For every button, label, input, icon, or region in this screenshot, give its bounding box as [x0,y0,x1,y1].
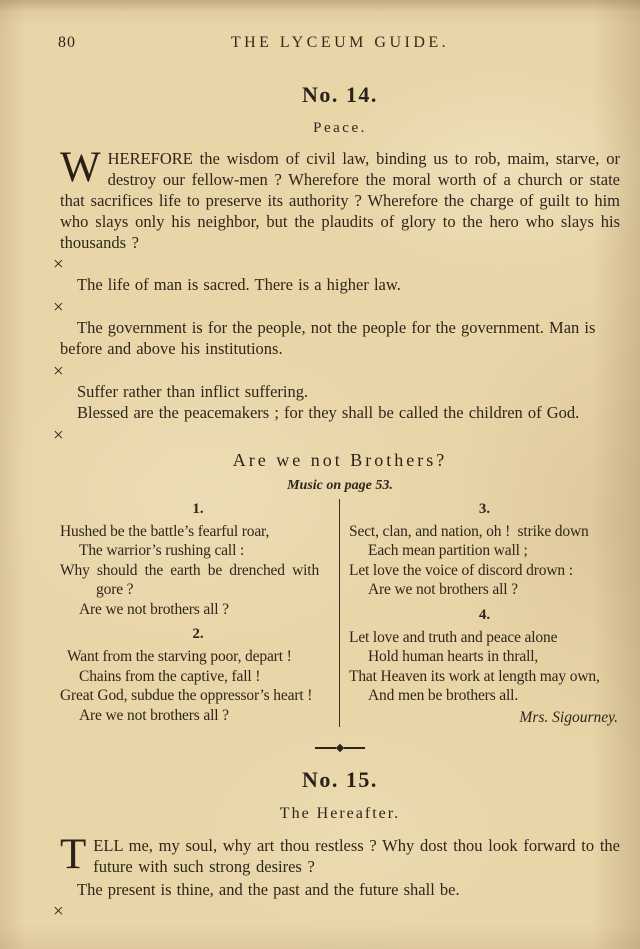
verse-number: 2. [60,626,336,643]
saying-present-is-thine: The present is thine, and the past and t… [60,879,620,901]
cross-mark: × [53,904,620,919]
verse-line: Great God, subdue the oppressor’s heart … [60,686,336,706]
verse-line: The warrior’s rushing call : [60,541,336,561]
verse-line: Sect, clan, and nation, oh ! strike down [349,522,620,542]
hymn-attribution: Mrs. Sigourney. [349,708,620,727]
ornament-line-right [344,747,365,749]
verse-number: 3. [349,501,620,518]
music-reference-note: Music on page 53. [60,477,620,494]
ornament-line-left [315,747,336,749]
hymn-column-left: 1. Hushed be the battle’s fearful roar, … [60,499,340,727]
verse-line: Let love the voice of discord drown : [349,561,620,581]
saying-peacemakers: Blessed are the peacemakers ; for they s… [60,402,620,424]
dropcap-t: T [60,835,93,872]
page-number: 80 [58,34,76,52]
hymn-columns: 1. Hushed be the battle’s fearful roar, … [60,499,620,727]
cross-mark: × [53,364,620,379]
running-title: THE LYCEUM GUIDE. [60,34,620,52]
verse-line: Let love and truth and peace alone [349,628,620,648]
verse-line: Are we not brothers all ? [60,706,336,726]
verse-number: 1. [60,501,336,518]
cross-mark: × [53,300,620,315]
running-head: 80 THE LYCEUM GUIDE. [60,0,620,55]
verse-line: Hushed be the battle’s fearful roar, [60,522,336,542]
verse-line: Each mean partition wall ; [349,541,620,561]
hymn-title: Are we not Brothers? [60,449,620,471]
verse-line: Hold human hearts in thrall, [349,647,620,667]
verse-number: 4. [349,607,620,624]
ornament-diamond-icon [336,743,344,751]
verse-line: That Heaven its work at length may own, [349,667,620,687]
section-15-number-heading: No. 15. [60,767,620,793]
section-15-opening-paragraph: TELL me, my soul, why art thou restless … [60,835,620,877]
verse-line: And men be brothers all. [349,686,620,706]
section-14-opening-paragraph: WHEREFORE the wisdom of civil law, bindi… [60,148,620,253]
section-15-title: The Hereafter. [60,805,620,823]
section-14-number-heading: No. 14. [60,82,620,108]
verse-line: Are we not brothers all ? [60,600,336,620]
page-content: 80 THE LYCEUM GUIDE. No. 14. Peace. WHER… [60,0,620,919]
hymn-column-right: 3. Sect, clan, and nation, oh ! strike d… [340,499,620,727]
section-15-opening-text: ELL me, my soul, why art thou restless ?… [93,836,620,876]
verse-line: gore ? [60,580,336,600]
saying-life-sacred: The life of man is sacred. There is a hi… [60,274,620,296]
saying-government: The government is for the people, not th… [60,317,620,360]
cross-mark: × [53,257,620,272]
section-14-opening-text: HEREFORE the wisdom of civil law, bindin… [60,149,620,252]
verse-line: Want from the starving poor, depart ! [60,647,336,667]
saying-suffer: Suffer rather than inflict suffering. [60,381,620,403]
verse-line: Chains from the captive, fall ! [60,667,336,687]
section-divider-ornament [60,744,620,752]
dropcap-w: W [60,148,108,185]
cross-mark: × [53,428,620,443]
verse-line: Are we not brothers all ? [349,580,620,600]
verse-line: Why should the earth be drenched with [60,561,336,581]
section-14-title: Peace. [60,119,620,137]
book-page: 80 THE LYCEUM GUIDE. No. 14. Peace. WHER… [0,0,640,949]
